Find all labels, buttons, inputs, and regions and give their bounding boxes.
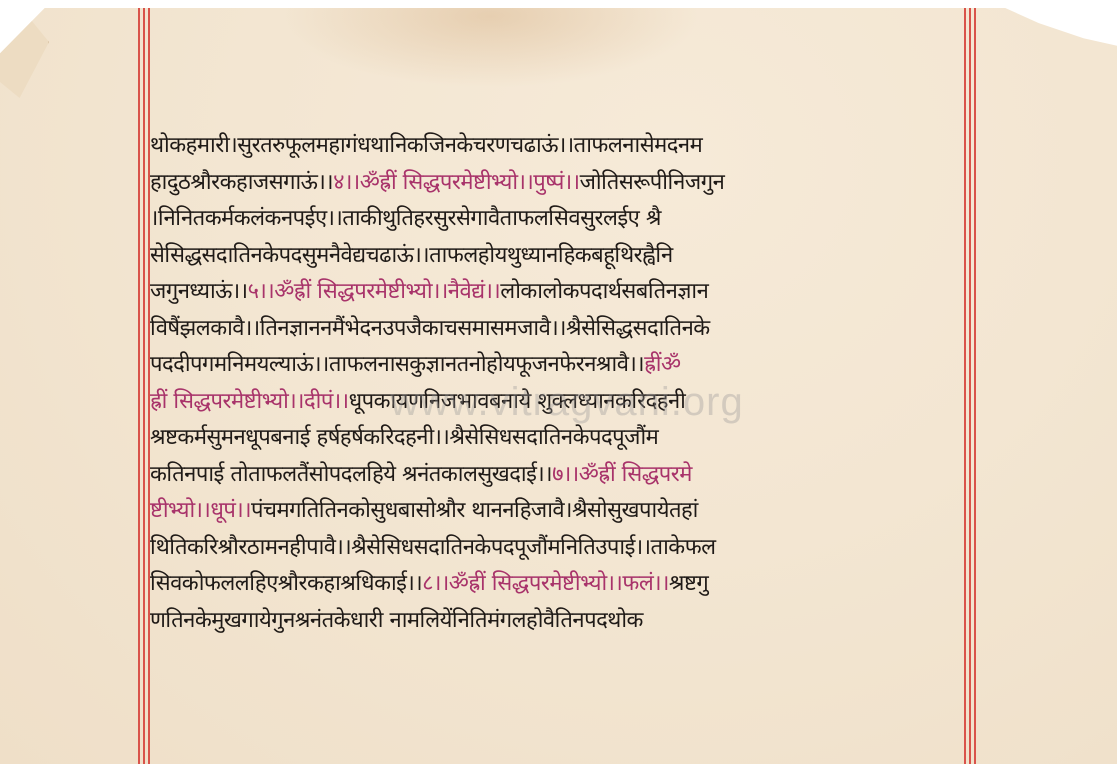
black-ink-segment: णतिनकेमुखगायेगुनश्रनंतकेधारी नामलियेंनित… xyxy=(150,608,643,633)
black-ink-segment: ।निनितकर्मकलंकनपईए।।ताकीथुतिहरसुरसेगावैत… xyxy=(150,206,661,231)
manuscript-page: थोकहमारी।सुरतरुफूलमहागंधथानिकजिनकेचरणचढा… xyxy=(0,8,1117,764)
right-margin-rule-3 xyxy=(974,8,976,764)
water-stain xyxy=(280,8,700,88)
black-ink-segment: थितिकरिश्रौरठामनहीपावै।।श्रैसेसिधसदातिनक… xyxy=(150,535,716,560)
left-margin-rule-2 xyxy=(143,8,145,764)
manuscript-line: सिवकोफललहिएश्रौरकहाश्रधिकाई।।८।।ॐह्रीं स… xyxy=(150,566,960,603)
manuscript-line: ।निनितकर्मकलंकनपईए।।ताकीथुतिहरसुरसेगावैत… xyxy=(150,201,960,238)
manuscript-line: सेसिद्धसदातिनकेपदसुमनैवेद्यचढाऊं।।ताफलहो… xyxy=(150,238,960,275)
black-ink-segment: लोकालोकपदार्थसबतिनज्ञान xyxy=(500,279,708,304)
manuscript-line: विषैंझलकावै।।तिनज्ञाननमैंभेदनउपजैकाचसमास… xyxy=(150,311,960,348)
red-ink-segment: ष्टीभ्यो।।धूपं।। xyxy=(150,498,251,523)
right-margin-rule-1 xyxy=(964,8,966,764)
red-ink-segment: ८।।ॐह्रीं सिद्धपरमेष्टीभ्यो।।फलं।। xyxy=(422,571,669,596)
manuscript-line: णतिनकेमुखगायेगुनश्रनंतकेधारी नामलियेंनित… xyxy=(150,603,960,640)
red-ink-segment: ह्रींॐ xyxy=(644,352,680,377)
black-ink-segment: विषैंझलकावै।।तिनज्ञाननमैंभेदनउपजैकाचसमास… xyxy=(150,316,710,341)
black-ink-segment: जगुनध्याऊं।। xyxy=(150,279,248,304)
manuscript-line: जगुनध्याऊं।।५।।ॐह्रीं सिद्धपरमेष्टीभ्यो।… xyxy=(150,274,960,311)
manuscript-line: थितिकरिश्रौरठामनहीपावै।।श्रैसेसिधसदातिनक… xyxy=(150,530,960,567)
manuscript-line: श्रष्टकर्मसुमनधूपबनाई हर्षहर्षकरिदहनी।।श… xyxy=(150,420,960,457)
black-ink-segment: जोतिसरूपीनिजगुन xyxy=(580,170,725,195)
red-ink-segment: ह्रीं सिद्धपरमेष्टीभ्यो।।दीपं।। xyxy=(150,389,349,414)
red-ink-segment: ५।।ॐह्रीं सिद्धपरमेष्टीभ्यो।।नैवेद्यं।। xyxy=(248,279,501,304)
black-ink-segment: कतिनपाई तोताफलतैंसोपदलहिये श्रनंतकालसुखद… xyxy=(150,462,552,487)
red-ink-segment: ४।।ॐह्रीं सिद्धपरमेष्टीभ्यो।।पुष्पं।। xyxy=(333,170,579,195)
black-ink-segment: सेसिद्धसदातिनकेपदसुमनैवेद्यचढाऊं।।ताफलहो… xyxy=(150,243,673,268)
red-ink-segment: ७।।ॐह्रीं सिद्धपरमे xyxy=(552,462,692,487)
right-margin-rule-2 xyxy=(969,8,971,764)
manuscript-line: थोकहमारी।सुरतरुफूलमहागंधथानिकजिनकेचरणचढा… xyxy=(150,128,960,165)
black-ink-segment: पददीपगमनिमयल्याऊं।।ताफलनासकुज्ञानतनोहोयफ… xyxy=(150,352,644,377)
black-ink-segment: पंचमगतितिनकोसुधबासोश्रौर थाननहिजावै।श्रै… xyxy=(251,498,698,523)
manuscript-line: पददीपगमनिमयल्याऊं।।ताफलनासकुज्ञानतनोहोयफ… xyxy=(150,347,960,384)
manuscript-line: कतिनपाई तोताफलतैंसोपदलहिये श्रनंतकालसुखद… xyxy=(150,457,960,494)
manuscript-line: ष्टीभ्यो।।धूपं।।पंचमगतितिनकोसुधबासोश्रौर… xyxy=(150,493,960,530)
black-ink-segment: श्रष्टगु xyxy=(669,571,708,596)
watermark: www.vitragvani.org xyxy=(390,380,744,425)
black-ink-segment: थोकहमारी।सुरतरुफूलमहागंधथानिकजिनकेचरणचढा… xyxy=(150,133,702,158)
manuscript-line: हादुठश्रौरकहाजसगाऊं।।४।।ॐह्रीं सिद्धपरमे… xyxy=(150,165,960,202)
folded-corner xyxy=(0,18,49,98)
left-margin-rule-1 xyxy=(138,8,140,764)
black-ink-segment: श्रष्टकर्मसुमनधूपबनाई हर्षहर्षकरिदहनी।।श… xyxy=(150,425,658,450)
black-ink-segment: हादुठश्रौरकहाजसगाऊं।। xyxy=(150,170,333,195)
black-ink-segment: सिवकोफललहिएश्रौरकहाश्रधिकाई।। xyxy=(150,571,422,596)
